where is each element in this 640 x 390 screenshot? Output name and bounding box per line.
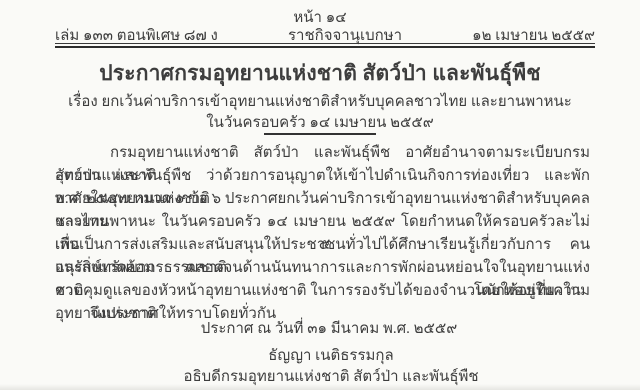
body-line: และยานพาหนะ ในวันครอบครัว ๑๔ เมษายน ๒๕๕๙… — [55, 211, 590, 234]
gazette-page: หน้า ๑๔ เล่ม ๑๓๓ ตอนพิเศษ ๘๗ ง ราชกิจจาน… — [0, 0, 640, 390]
header-double-rule — [55, 43, 595, 48]
title-divider-rule — [264, 133, 376, 135]
body-line: และสิ่งแวดล้อม ตลอดจนด้านนันทนาการและการ… — [55, 257, 590, 280]
body-line: กรมอุทยานแห่งชาติ สัตว์ป่า และพันธุ์พืช … — [55, 142, 590, 165]
body-line: ควบคุมดูแลของหัวหน้าอุทยานแห่งชาติ ในการ… — [55, 280, 590, 303]
body-line: เพื่อเป็นการส่งเสริมและสนับสนุนให้ประชาช… — [55, 234, 590, 257]
announcement-subline: ในวันครอบครัว ๑๔ เมษายน ๒๕๕๙ — [0, 110, 640, 134]
signature-date-line: ประกาศ ณ วันที่ ๓๑ มีนาคม พ.ศ. ๒๕๕๙ — [9, 316, 640, 340]
scan-edge-shadow — [0, 384, 640, 390]
announcement-body: กรมอุทยานแห่งชาติ สัตว์ป่า และพันธุ์พืช … — [55, 142, 590, 326]
body-line: สัตว์ป่า และพันธุ์พืช ว่าด้วยการอนุญาตให… — [55, 165, 590, 188]
body-line: พ.ศ. ๒๕๔๗ หมวด ๑ ข้อ ๖ ประกาศยกเว้นค่าบร… — [55, 188, 590, 211]
announcement-title: ประกาศกรมอุทยานแห่งชาติ สัตว์ป่า และพันธ… — [0, 57, 640, 90]
